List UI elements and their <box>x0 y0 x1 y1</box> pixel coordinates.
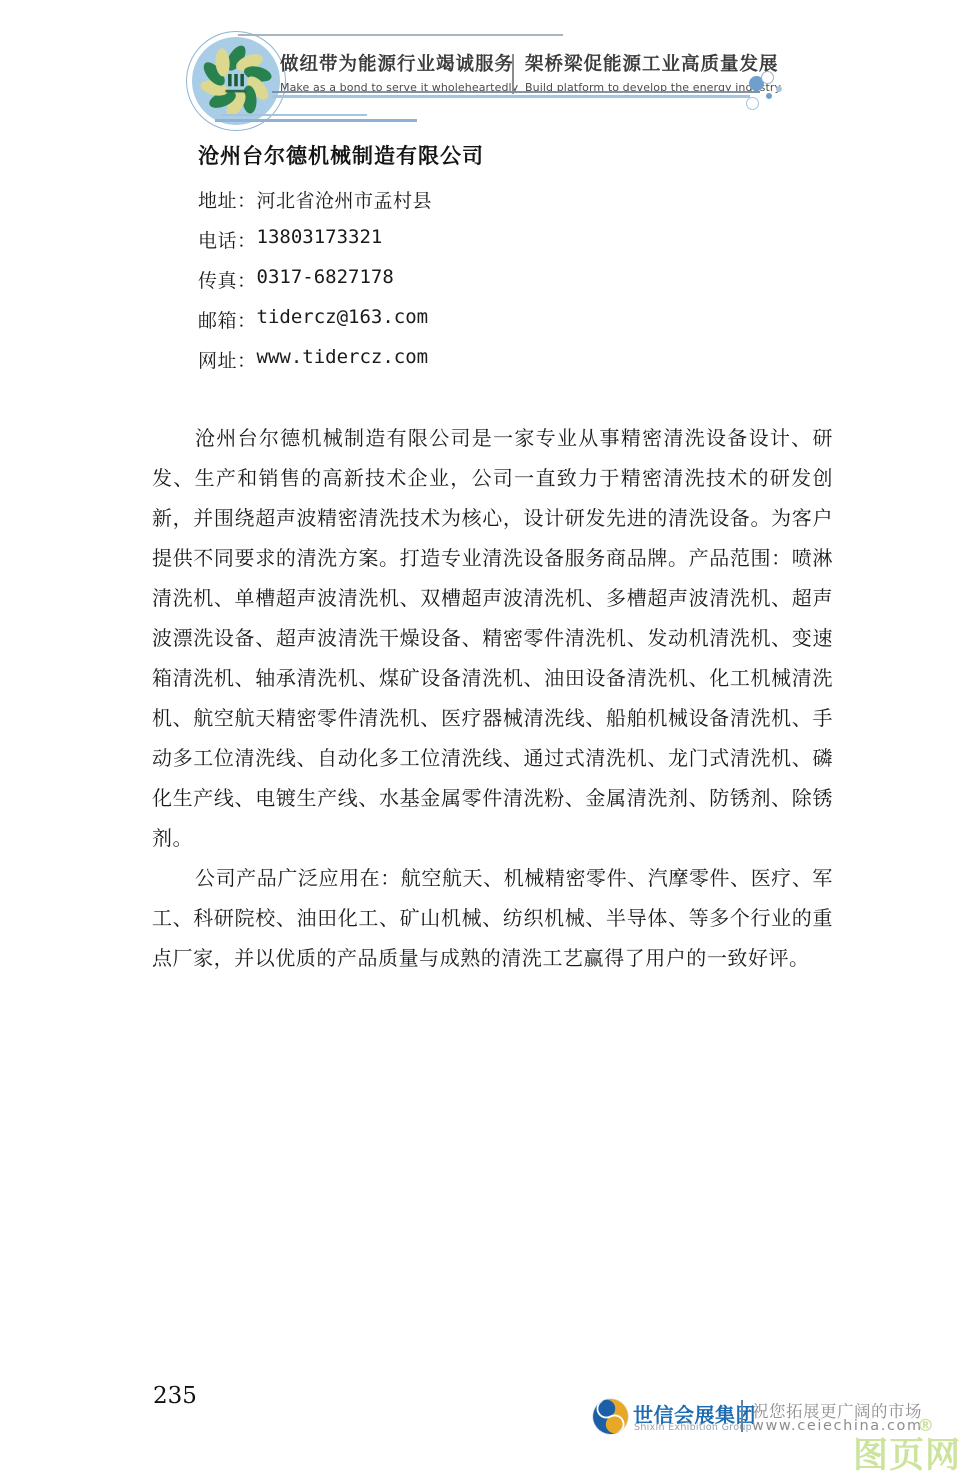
email-value: tidercz@163.com <box>257 306 429 330</box>
decor-dot-2 <box>776 86 782 92</box>
header-top-line <box>238 34 563 36</box>
contact-row-email: 邮箱： tidercz@163.com <box>198 306 484 330</box>
company-description: 沧州台尔德机械制造有限公司是一家专业从事精密清洗设备设计、研发、生产和销售的高新… <box>152 418 833 978</box>
slogan-2-chinese: 架桥梁促能源工业高质量发展 <box>525 50 781 76</box>
contact-row-fax: 传真： 0317-6827178 <box>198 266 484 290</box>
address-label: 地址： <box>198 186 257 210</box>
watermark-text: 图页网 <box>853 1428 961 1478</box>
header-slogan-2: 架桥梁促能源工业高质量发展 Build platform to develop … <box>525 50 781 94</box>
company-name: 沧州台尔德机械制造有限公司 <box>198 140 484 170</box>
slogan-divider <box>512 54 514 94</box>
slogan-1-chinese: 做纽带为能源行业竭诚服务 <box>280 50 518 76</box>
header-underline-light <box>272 95 750 98</box>
phone-label: 电话： <box>198 226 257 250</box>
logo-swoosh-line-2 <box>215 119 417 122</box>
website-value: www.tidercz.com <box>257 346 429 370</box>
header-underline-dark <box>272 91 760 93</box>
fax-label: 传真： <box>198 266 257 290</box>
decor-dot-1 <box>766 93 772 99</box>
watermark-registered-icon: ® <box>917 1416 934 1436</box>
description-paragraph-2: 公司产品广泛应用在：航空航天、机械精密零件、汽摩零件、医疗、军工、科研院校、油田… <box>152 858 833 978</box>
shixin-group-logo-icon <box>592 1398 629 1435</box>
phone-value: 13803173321 <box>257 226 383 250</box>
energy-pinwheel-logo-icon <box>192 37 280 125</box>
yin-yang-icon <box>592 1398 629 1435</box>
email-label: 邮箱： <box>198 306 257 330</box>
fax-value: 0317-6827178 <box>257 266 394 290</box>
contact-row-phone: 电话： 13803173321 <box>198 226 484 250</box>
footer-group-name-en: Shixin Exhibition Group <box>634 1422 752 1433</box>
document-page: 做纽带为能源行业竭诚服务 Make as a bond to serve it … <box>0 0 980 1480</box>
company-info-block: 沧州台尔德机械制造有限公司 地址： 河北省沧州市孟村县 电话： 13803173… <box>198 140 484 370</box>
page-number: 235 <box>153 1383 197 1409</box>
logo-swoosh-line-1 <box>222 114 367 116</box>
header-slogan-1: 做纽带为能源行业竭诚服务 Make as a bond to serve it … <box>280 50 518 94</box>
contact-row-website: 网址： www.tidercz.com <box>198 346 484 370</box>
website-label: 网址： <box>198 346 257 370</box>
decor-circle-open <box>746 97 759 110</box>
contact-row-address: 地址： 河北省沧州市孟村县 <box>198 186 484 210</box>
pinwheel-icon <box>192 37 280 125</box>
footer-divider <box>741 1400 743 1432</box>
decor-circle-white <box>761 71 774 84</box>
description-paragraph-1: 沧州台尔德机械制造有限公司是一家专业从事精密清洗设备设计、研发、生产和销售的高新… <box>152 418 833 858</box>
address-value: 河北省沧州市孟村县 <box>257 186 433 210</box>
